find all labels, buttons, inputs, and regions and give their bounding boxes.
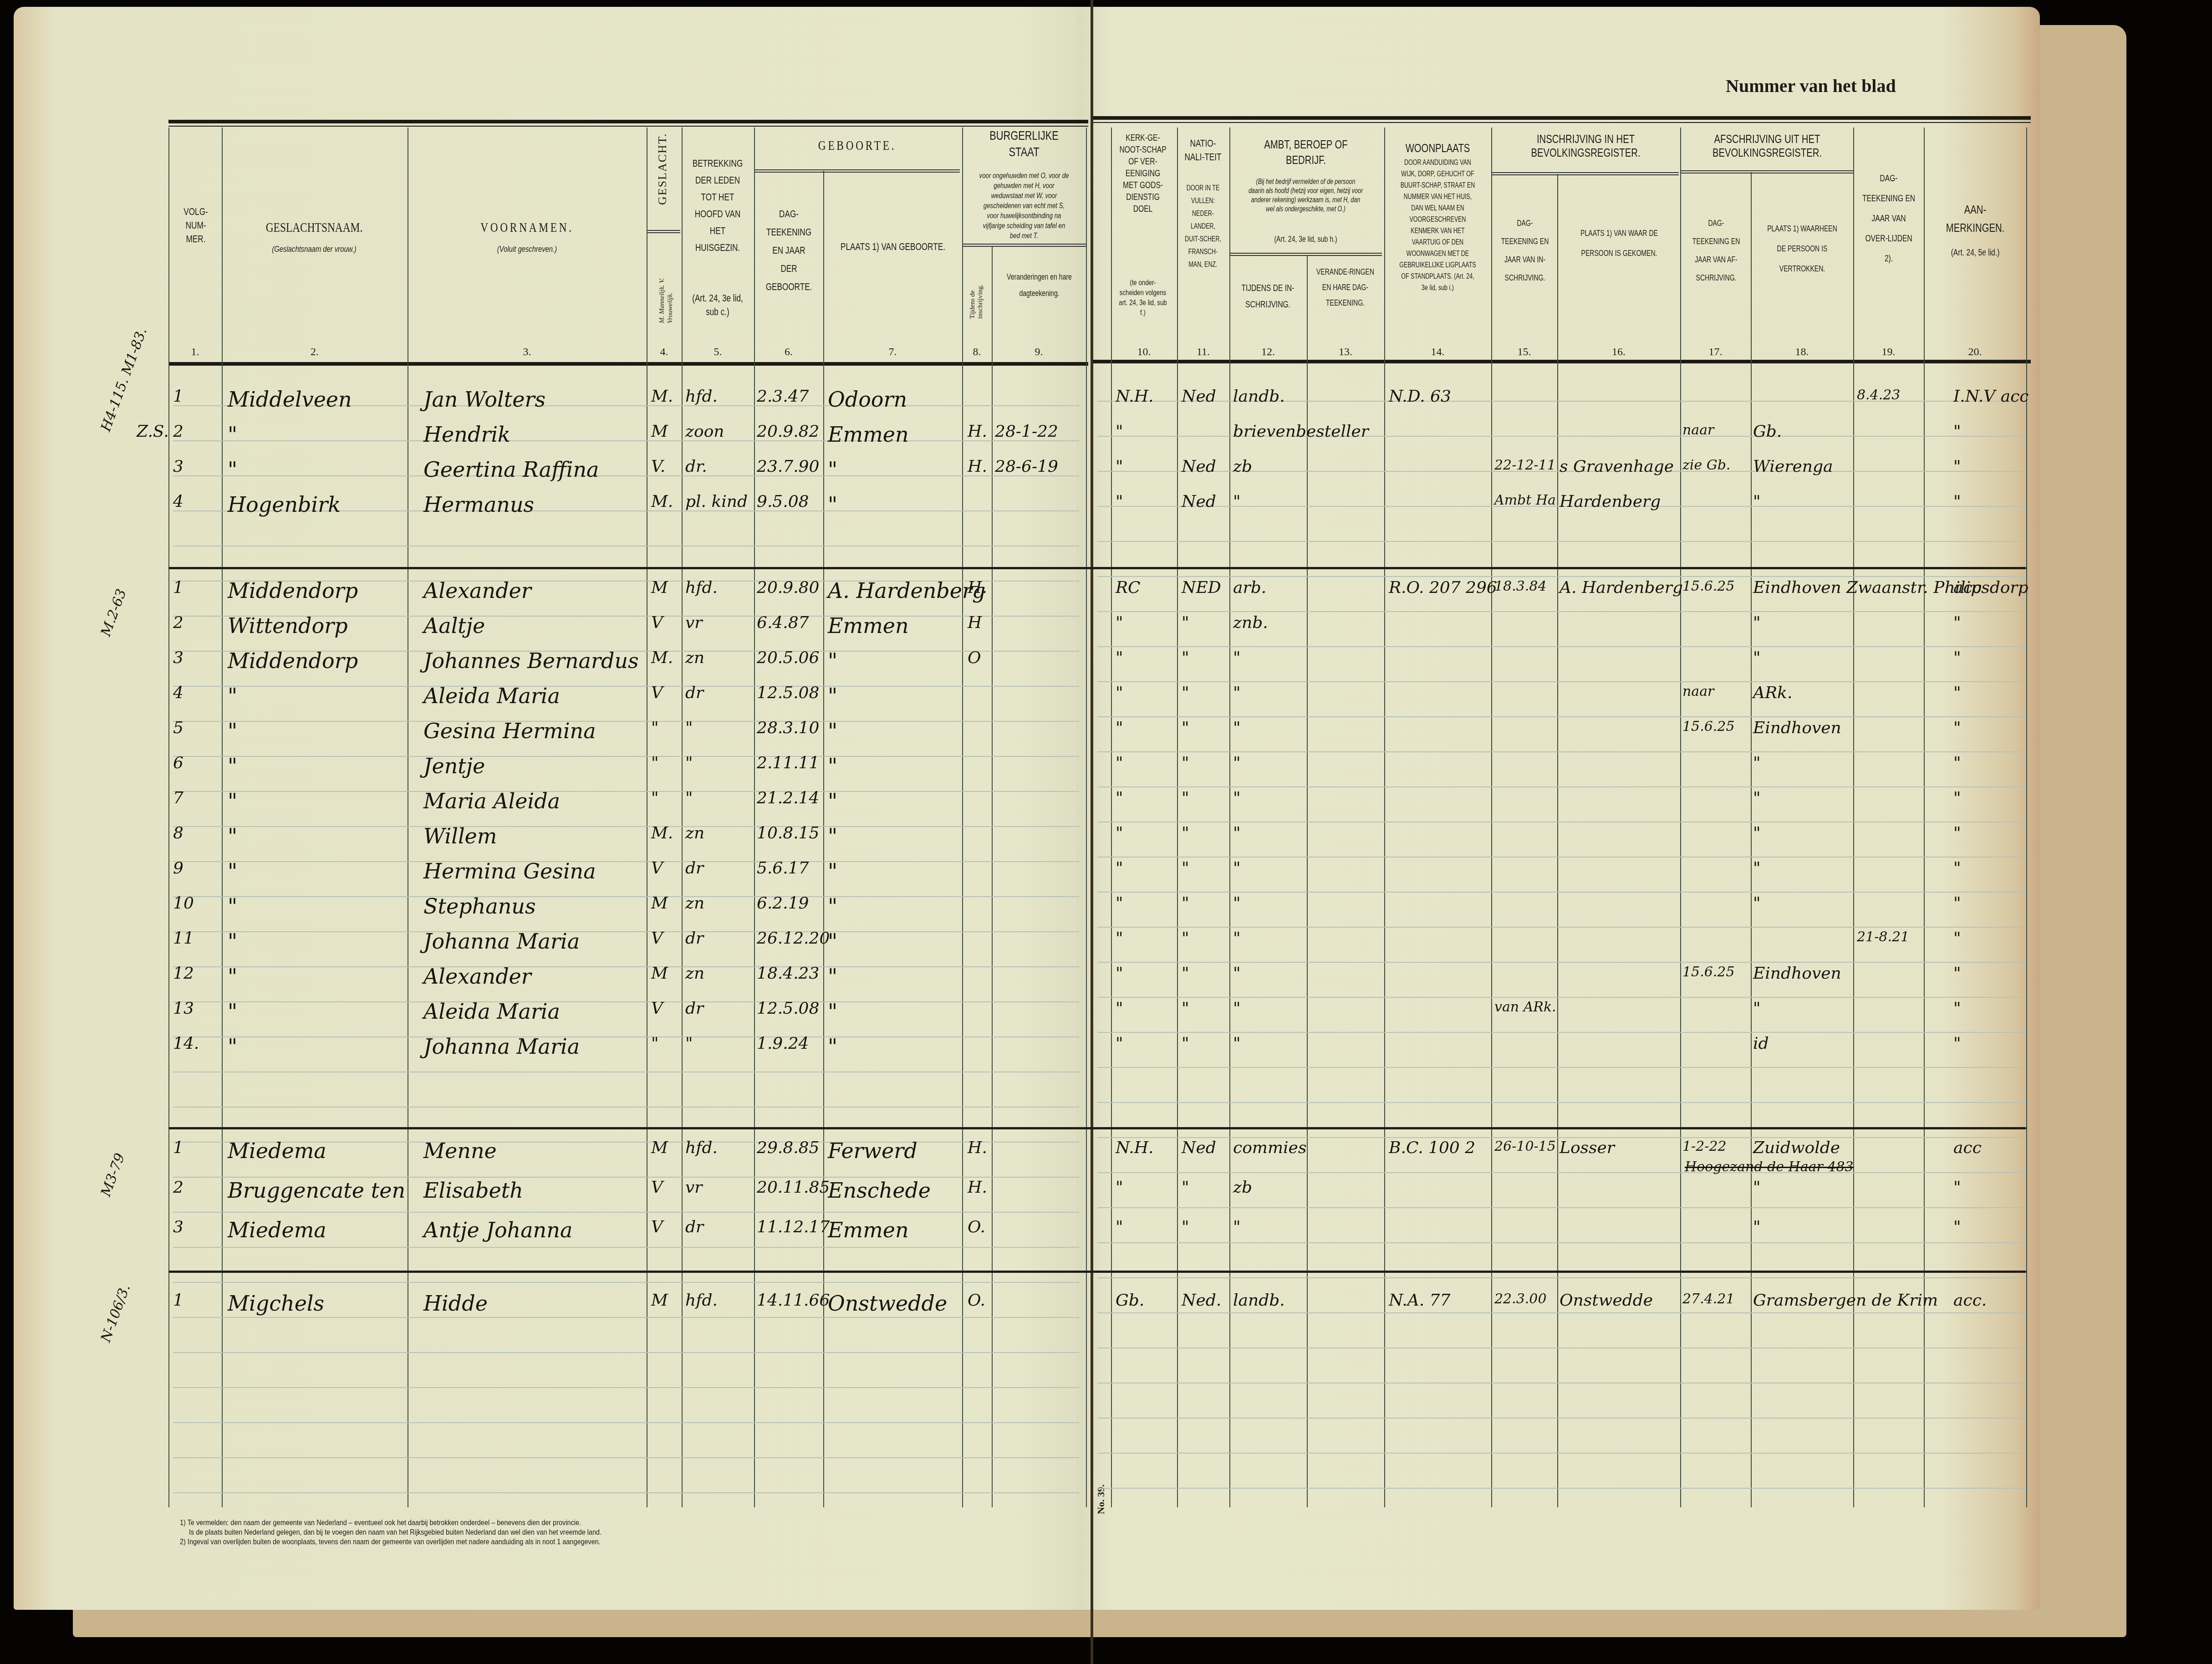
household-separator-3 — [168, 1271, 2026, 1273]
entry-church: " — [1116, 999, 1123, 1018]
entry-sex: M — [651, 894, 668, 913]
ruled-line — [173, 686, 1079, 687]
entry-in-date: van ARk. — [1494, 999, 1556, 1015]
entry-sex: V — [651, 929, 663, 948]
ruled-line — [1097, 786, 2026, 787]
ruled-line — [1097, 1207, 2026, 1208]
entry-occupation: " — [1233, 684, 1241, 702]
entry-nationality: " — [1182, 859, 1189, 878]
ruled-line — [1097, 1453, 2026, 1454]
entry-surname: Miedema — [228, 1218, 326, 1242]
col5-sub: (Art. 24, 3e lid, sub c.) — [691, 291, 745, 319]
entry-church: " — [1116, 789, 1123, 807]
afschrijving-group-header: AFSCHRIJVING UIT HET BEVOLKINGSREGISTER. — [1701, 132, 1833, 159]
entry-first: Johanna Maria — [423, 1034, 580, 1059]
column-line — [754, 128, 755, 1507]
entry-remarks: " — [1953, 684, 1961, 702]
book-spine — [1091, 0, 1093, 1664]
entry-first: Jan Wolters — [423, 387, 545, 412]
entry-nr: 1 — [173, 578, 183, 597]
ruled-line — [173, 1282, 1079, 1283]
entry-first: Stephanus — [423, 894, 536, 919]
entry-out-to: " — [1753, 999, 1761, 1018]
entry-death: 21-8.21 — [1857, 929, 1909, 945]
column-line — [1384, 128, 1385, 1507]
entry-first: Hermanus — [423, 492, 534, 517]
entry-civil: H — [968, 613, 982, 632]
ruled-line — [1097, 1418, 2026, 1419]
entry-occupation: brievenbesteller — [1233, 422, 1369, 441]
column-number: 17. — [1680, 346, 1751, 358]
entry-occupation: commies — [1233, 1138, 1306, 1157]
household-separator-2 — [168, 1127, 2026, 1129]
entry-remarks: " — [1953, 1034, 1961, 1053]
column-number: 10. — [1111, 346, 1177, 358]
entry-church: " — [1116, 1218, 1123, 1236]
entry-surname: " — [228, 894, 237, 919]
col6-header: DAG-TEEKENING EN JAAR DER GEBOORTE. — [763, 205, 815, 296]
entry-nr: 1 — [173, 387, 183, 406]
entry-out-to: Wierenga — [1753, 457, 1833, 476]
entry-sex: M — [651, 1138, 668, 1157]
entry-occupation: " — [1233, 894, 1241, 913]
ruled-line — [1097, 927, 2026, 928]
entry-nr: 7 — [173, 789, 183, 807]
ruled-line — [173, 1001, 1079, 1002]
ruled-line — [173, 1317, 1079, 1318]
entry-remarks: " — [1953, 929, 1961, 948]
entry-surname: Miedema — [228, 1138, 326, 1163]
ambt-art: (Art. 24, 3e lid, sub h.) — [1248, 232, 1364, 246]
entry-church: " — [1116, 613, 1123, 632]
entry-church: " — [1116, 824, 1123, 842]
entry-birth-date: 11.12.17 — [757, 1218, 830, 1236]
sheet-number-label: Nummer van het blad — [1726, 75, 1896, 97]
ambt-note: (Bij het bedrijf vermelden of de persoon… — [1248, 178, 1364, 214]
entry-out-to: " — [1753, 492, 1761, 511]
entry-out-to: " — [1753, 789, 1761, 807]
column-line — [1491, 128, 1492, 1507]
column-line — [222, 128, 223, 1507]
col14-header: WOONPLAATS — [1398, 141, 1478, 155]
entry-birth-place: " — [828, 648, 837, 673]
entry-out-date: 15.6.25 — [1682, 964, 1735, 980]
entry-out-to: Zuidwolde — [1753, 1138, 1840, 1157]
column-number: 9. — [992, 346, 1086, 358]
entry-residence: N.D. 63 — [1389, 387, 1451, 406]
entry-nationality: " — [1182, 789, 1189, 807]
entry-church: " — [1116, 492, 1123, 511]
entry-sex: V — [651, 1218, 663, 1236]
entry-sex: " — [651, 789, 659, 807]
entry-birth-date: 20.9.80 — [757, 578, 819, 597]
entry-nr: 2 — [173, 613, 183, 632]
ruled-line — [1097, 1488, 2026, 1489]
entry-church: Gb. — [1116, 1291, 1144, 1310]
entry-civil: H. — [968, 578, 987, 597]
column-number: 18. — [1751, 346, 1853, 358]
entry-relation: dr. — [685, 457, 707, 476]
entry-first: Alexander — [423, 964, 531, 989]
col18-header: PLAATS 1) WAARHEEN DE PERSOON IS VERTROK… — [1763, 219, 1841, 279]
entry-church: " — [1116, 754, 1123, 772]
column-line — [1086, 128, 1087, 1507]
entry-relation: zn — [685, 824, 704, 842]
entry-birth-place: " — [828, 719, 837, 743]
entry-out-to: Gramsbergen de Krim — [1753, 1291, 1938, 1310]
entry-surname: " — [228, 684, 237, 708]
entry-relation: vr — [685, 1178, 703, 1197]
entry-birth-date: 10.8.15 — [757, 824, 819, 842]
entry-birth-place: " — [828, 859, 837, 883]
entry-first: Aleida Maria — [423, 999, 560, 1024]
entry-nationality: " — [1182, 719, 1189, 737]
geboorte-group-header: GEBOORTE. — [778, 137, 936, 155]
entry-birth-date: 6.2.19 — [757, 894, 809, 913]
ruled-line — [173, 1457, 1079, 1458]
entry-sex: M. — [651, 387, 673, 406]
entry-remarks: acc — [1953, 578, 1982, 597]
entry-occupation: " — [1233, 719, 1241, 737]
col15-header: DAG-TEEKENING EN JAAR VAN IN-SCHRIJVING. — [1500, 214, 1549, 287]
ruled-line — [173, 931, 1079, 932]
entry-remarks: acc. — [1953, 1291, 1987, 1310]
ruled-line — [1097, 1242, 2026, 1243]
entry-nr: 2 — [173, 1178, 183, 1197]
entry-birth-date: 9.5.08 — [757, 492, 809, 511]
entry-birth-place: " — [828, 789, 837, 813]
entry-struck-destination: Hoogezand de Haar 483 — [1685, 1159, 1854, 1175]
entry-out-date: zie Gb. — [1682, 457, 1730, 473]
entry-surname: " — [228, 999, 237, 1024]
ruled-line — [1097, 1172, 2026, 1173]
ruled-line — [173, 1352, 1079, 1353]
col5-header: BETREKKING DER LEDEN TOT HET HOOFD VAN H… — [691, 155, 745, 256]
entry-relation: " — [685, 1034, 693, 1053]
ruled-line — [173, 721, 1079, 722]
entry-church: " — [1116, 894, 1123, 913]
entry-sex: V — [651, 613, 663, 632]
entry-relation: pl. kind — [685, 492, 748, 511]
entry-out-to: " — [1753, 754, 1761, 772]
entry-occupation: zb — [1233, 1178, 1252, 1197]
entry-nationality: " — [1182, 648, 1189, 667]
col20-sub: (Art. 24, 5e lid.) — [1936, 246, 2014, 260]
column-number: 14. — [1384, 346, 1491, 358]
entry-civil-change: 28-1-22 — [995, 422, 1058, 441]
entry-first: Antje Johanna — [423, 1218, 572, 1242]
entry-relation: hfd. — [685, 1138, 718, 1157]
col2-header: GESLACHTSNAAM. — [243, 219, 385, 237]
column-line — [1557, 174, 1558, 1507]
entry-out-to: id — [1753, 1034, 1769, 1053]
entry-nationality: " — [1182, 929, 1189, 948]
entry-remarks: " — [1953, 613, 1961, 632]
household-separator-1 — [168, 567, 2026, 569]
entry-church: " — [1116, 422, 1123, 441]
header-top-thin-right — [1093, 122, 2031, 123]
entry-birth-place: " — [828, 894, 837, 919]
entry-sex: M — [651, 964, 668, 983]
ruled-line — [1097, 611, 2026, 612]
column-line — [682, 128, 683, 1507]
ruled-line — [1097, 646, 2026, 647]
entry-nationality: Ned. — [1182, 1291, 1221, 1310]
ruled-line — [173, 1387, 1079, 1388]
entry-relation: " — [685, 754, 693, 772]
entry-remarks: " — [1953, 492, 1961, 511]
entry-birth-place: " — [828, 754, 837, 778]
entry-civil: H. — [968, 1138, 987, 1157]
entry-remarks: " — [1953, 859, 1961, 878]
col1-header: VOLG-NUM-MER. — [176, 205, 215, 246]
inschrijving-divider — [1491, 172, 1679, 175]
entry-remarks: " — [1953, 754, 1961, 772]
entry-church: " — [1116, 648, 1123, 667]
entry-church: " — [1116, 719, 1123, 737]
entry-occupation: " — [1233, 824, 1241, 842]
entry-out-to: Eindhoven Zwaanstr. Philipsdorp — [1753, 578, 2029, 597]
entry-in-date: 26-10-15 — [1494, 1138, 1556, 1154]
entry-sex: M — [651, 1291, 668, 1310]
entry-nr: 1 — [173, 1291, 183, 1310]
entry-church: " — [1116, 1178, 1123, 1197]
entry-birth-date: 23.7.90 — [757, 457, 819, 476]
entry-birth-date: 12.5.08 — [757, 999, 819, 1018]
entry-occupation: " — [1233, 1034, 1241, 1053]
entry-out-to: ARk. — [1753, 684, 1792, 702]
ruled-line — [1097, 716, 2026, 717]
entry-nr: 6 — [173, 754, 183, 772]
entry-remarks: " — [1953, 894, 1961, 913]
entry-relation: " — [685, 719, 693, 737]
entry-relation: dr — [685, 1218, 703, 1236]
entry-church: " — [1116, 929, 1123, 948]
inschrijving-group-header: INSCHRIJVING IN HET BEVOLKINGSREGISTER. — [1514, 132, 1658, 159]
footnote-2: 2) Ingeval van overlijden buiten de woon… — [180, 1537, 601, 1547]
ruled-line — [173, 1247, 1079, 1248]
entry-relation: zoon — [685, 422, 724, 441]
entry-birth-date: 12.5.08 — [757, 684, 819, 702]
entry-sex: V — [651, 999, 663, 1018]
entry-birth-date: 20.11.85 — [757, 1178, 830, 1197]
entry-occupation: " — [1233, 648, 1241, 667]
entry-occupation: zb — [1233, 457, 1252, 476]
ruled-line — [1097, 962, 2026, 963]
entry-nr: 2 — [173, 422, 183, 441]
entry-relation: hfd. — [685, 387, 718, 406]
ruled-line — [173, 440, 1079, 441]
entry-birth-place: " — [828, 929, 837, 954]
entry-occupation: landb. — [1233, 1291, 1285, 1310]
entry-birth-place: Emmen — [828, 422, 909, 447]
col4-header: GESLACHT. — [656, 133, 669, 205]
column-number: 6. — [754, 346, 823, 358]
header-top-rule-right — [1093, 116, 2031, 120]
ruled-line — [1097, 892, 2026, 893]
entry-relation: dr — [685, 999, 703, 1018]
entry-nationality: NED — [1182, 578, 1221, 597]
entry-birth-date: 20.9.82 — [757, 422, 819, 441]
entry-first: Johanna Maria — [423, 929, 580, 954]
entry-nr: 10 — [173, 894, 194, 913]
entry-birth-place: " — [828, 684, 837, 708]
entry-sex: M. — [651, 492, 673, 511]
entry-birth-place: " — [828, 1034, 837, 1059]
entry-out-date: naar — [1682, 422, 1714, 438]
column-number: 16. — [1557, 346, 1680, 358]
column-line — [647, 128, 647, 1507]
entry-sex: " — [651, 1034, 659, 1053]
column-line — [2026, 128, 2027, 1507]
entry-relation: " — [685, 789, 693, 807]
entry-first: Hidde — [423, 1291, 488, 1316]
entry-out-to: Eindhoven — [1753, 719, 1841, 737]
entry-in-from: Hardenberg — [1560, 492, 1661, 511]
entry-surname: " — [228, 824, 237, 848]
entry-birth-place: Emmen — [828, 613, 909, 638]
entry-birth-date: 26.12.20 — [757, 929, 830, 948]
entry-out-to: Eindhoven — [1753, 964, 1841, 983]
entry-out-to: " — [1753, 824, 1761, 842]
entry-nationality: " — [1182, 894, 1189, 913]
column-number: 3. — [408, 346, 647, 358]
entry-out-to: " — [1753, 1178, 1761, 1197]
entry-relation: zn — [685, 894, 704, 913]
entry-in-from: Onstwedde — [1560, 1291, 1653, 1310]
ruled-line — [173, 475, 1079, 476]
entry-nr: 13 — [173, 999, 194, 1018]
column-number: 13. — [1307, 346, 1384, 358]
entry-remarks: " — [1953, 648, 1961, 667]
ruled-line — [173, 1107, 1079, 1108]
geslacht-divider — [647, 230, 680, 233]
entry-first: Aaltje — [423, 613, 485, 638]
entry-nr: 14. — [173, 1034, 199, 1053]
burgerlijke-note: voor ongehuwden met O, voor de gehuwden … — [978, 171, 1070, 241]
entry-surname: " — [228, 964, 237, 989]
entry-civil: H. — [968, 422, 987, 441]
burgerlijke-group-header: BURGERLIJKE STAAT — [976, 128, 1071, 160]
column-line — [1177, 128, 1178, 1507]
entry-in-date: Ambt Ha — [1494, 492, 1556, 508]
ruled-line — [1097, 822, 2026, 822]
entry-occupation: landb. — [1233, 387, 1285, 406]
entry-surname: " — [228, 859, 237, 883]
header-bottom-rule-left — [168, 362, 1088, 366]
entry-surname: " — [228, 754, 237, 778]
entry-nr: 1 — [173, 1138, 183, 1157]
col14-sub: DOOR AANDUIDING VAN WIJK, DORP, GEHUCHT … — [1398, 157, 1478, 294]
col3-sub: (Voluit geschreven.) — [436, 244, 619, 255]
entry-nationality: " — [1182, 754, 1189, 772]
entry-church: N.H. — [1116, 1138, 1153, 1157]
entry-nr: 11 — [173, 929, 194, 948]
entry-in-date: 22-12-11 — [1494, 457, 1556, 473]
entry-birth-date: 20.5.06 — [757, 648, 819, 667]
entry-occupation: " — [1233, 929, 1241, 948]
col19-header: DAG-TEEKENING EN JAAR VAN OVER-LIJDEN 2)… — [1862, 168, 1916, 269]
ruled-line — [173, 1177, 1079, 1178]
col7-header: PLAATS 1) VAN GEBOORTE. — [840, 237, 946, 257]
entry-remarks: " — [1953, 999, 1961, 1018]
entry-nationality: Ned — [1182, 457, 1216, 476]
entry-residence: N.A. 77 — [1389, 1291, 1450, 1310]
entry-out-date: 1-2-22 — [1682, 1138, 1727, 1154]
geboorte-divider — [755, 169, 960, 173]
entry-in-date: 18.3.84 — [1494, 578, 1547, 594]
column-number: 7. — [823, 346, 962, 358]
entry-birth-date: 29.8.85 — [757, 1138, 819, 1157]
ruled-line — [1097, 1277, 2026, 1278]
entry-nationality: " — [1182, 964, 1189, 983]
header-top-rule-left — [168, 120, 1088, 123]
col17-header: DAG-TEEKENING EN JAAR VAN AF-SCHRIJVING. — [1690, 214, 1742, 287]
entry-out-date: 15.6.25 — [1682, 719, 1735, 735]
entry-sex: M — [651, 422, 668, 441]
entry-birth-date: 2.11.11 — [757, 754, 819, 772]
entry-surname: " — [228, 929, 237, 954]
entry-church: RC — [1116, 578, 1141, 597]
col3-header: VOORNAMEN. — [436, 219, 619, 237]
column-number: 1. — [168, 346, 222, 358]
entry-sex: " — [651, 719, 659, 737]
entry-occupation: " — [1233, 859, 1241, 878]
afschrijving-divider — [1680, 170, 1853, 174]
entry-surname: " — [228, 457, 237, 482]
entry-sex: V — [651, 684, 663, 702]
entry-church: " — [1116, 684, 1123, 702]
entry-church: " — [1116, 964, 1123, 983]
entry-occupation: " — [1233, 789, 1241, 807]
entry-church: " — [1116, 859, 1123, 878]
entry-first: Gesina Hermina — [423, 719, 596, 743]
entry-remarks: I.N.V acc — [1953, 387, 2029, 406]
column-line — [1751, 172, 1752, 1507]
entry-nr: 4 — [173, 492, 183, 511]
entry-nr: 8 — [173, 824, 183, 842]
entry-remarks: " — [1953, 422, 1961, 441]
col11-header: NATIO-NALI-TEIT — [1184, 137, 1222, 164]
entry-first: Menne — [423, 1138, 497, 1163]
entry-occupation: arb. — [1233, 578, 1266, 597]
entry-surname: Middendorp — [228, 648, 358, 673]
entry-nationality: Ned — [1182, 1138, 1216, 1157]
footnote-1b: Is de plaats buiten Nederland gelegen, d… — [189, 1527, 601, 1537]
row-mark: Z.S. — [137, 422, 169, 441]
entry-remarks: " — [1953, 1178, 1961, 1197]
ruled-line — [173, 1492, 1079, 1493]
entry-birth-date: 18.4.23 — [757, 964, 819, 983]
entry-relation: zn — [685, 964, 704, 983]
column-number: 5. — [682, 346, 754, 358]
ruled-line — [1097, 1348, 2026, 1348]
ruled-line — [173, 1422, 1079, 1423]
entry-in-date: 22.3.00 — [1494, 1291, 1547, 1307]
ruled-line — [173, 756, 1079, 757]
entry-first: Johannes Bernardus — [423, 648, 639, 673]
entry-surname: " — [228, 719, 237, 743]
ruled-line — [1097, 1137, 2026, 1138]
entry-residence: B.C. 100 2 — [1389, 1138, 1475, 1157]
entry-nr: 3 — [173, 648, 183, 667]
entry-first: Jentje — [423, 754, 485, 778]
entry-sex: M. — [651, 648, 673, 667]
column-line — [1307, 255, 1308, 1507]
ruled-line — [173, 826, 1079, 827]
entry-birth-date: 28.3.10 — [757, 719, 819, 737]
ruled-line — [1097, 576, 2026, 577]
